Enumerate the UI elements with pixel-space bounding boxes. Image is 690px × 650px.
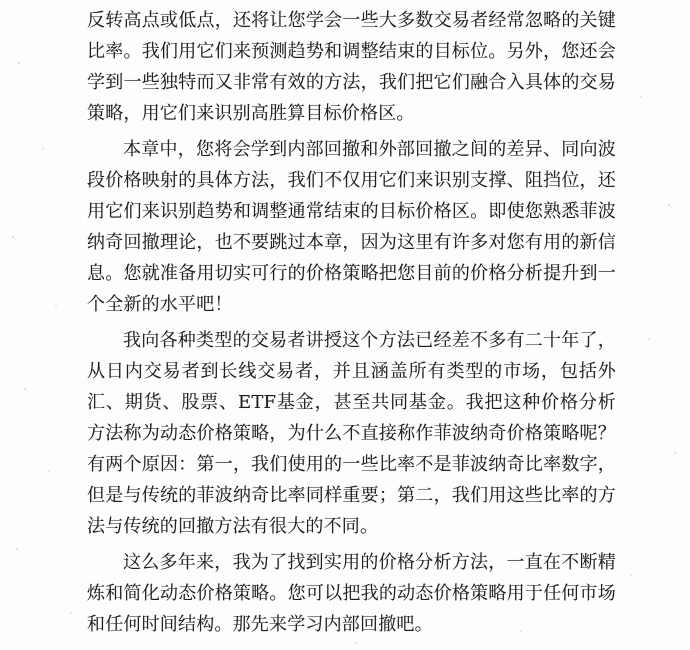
book-page: 反转高点或低点，还将让您学会一些大多数交易者经常忽略的关键比率。我们用它们来预测… <box>0 0 690 650</box>
scan-noise <box>0 0 2 2</box>
page-text: 反转高点或低点，还将让您学会一些大多数交易者经常忽略的关键比率。我们用它们来预测… <box>87 5 616 640</box>
paragraph-1: 反转高点或低点，还将让您学会一些大多数交易者经常忽略的关键比率。我们用它们来预测… <box>87 5 616 129</box>
paragraph-2: 本章中，您将会学到内部回撤和外部回撤之间的差异、同向波段价格映射的具体方法，我们… <box>87 134 616 320</box>
paragraph-4: 这么多年来，我为了找到实用的价格分析方法，一直在不断精炼和简化动态价格策略。您可… <box>87 547 616 640</box>
paragraph-3: 我向各种类型的交易者讲授这个方法已经差不多有二十年了，从日内交易者到长线交易者，… <box>87 325 616 542</box>
